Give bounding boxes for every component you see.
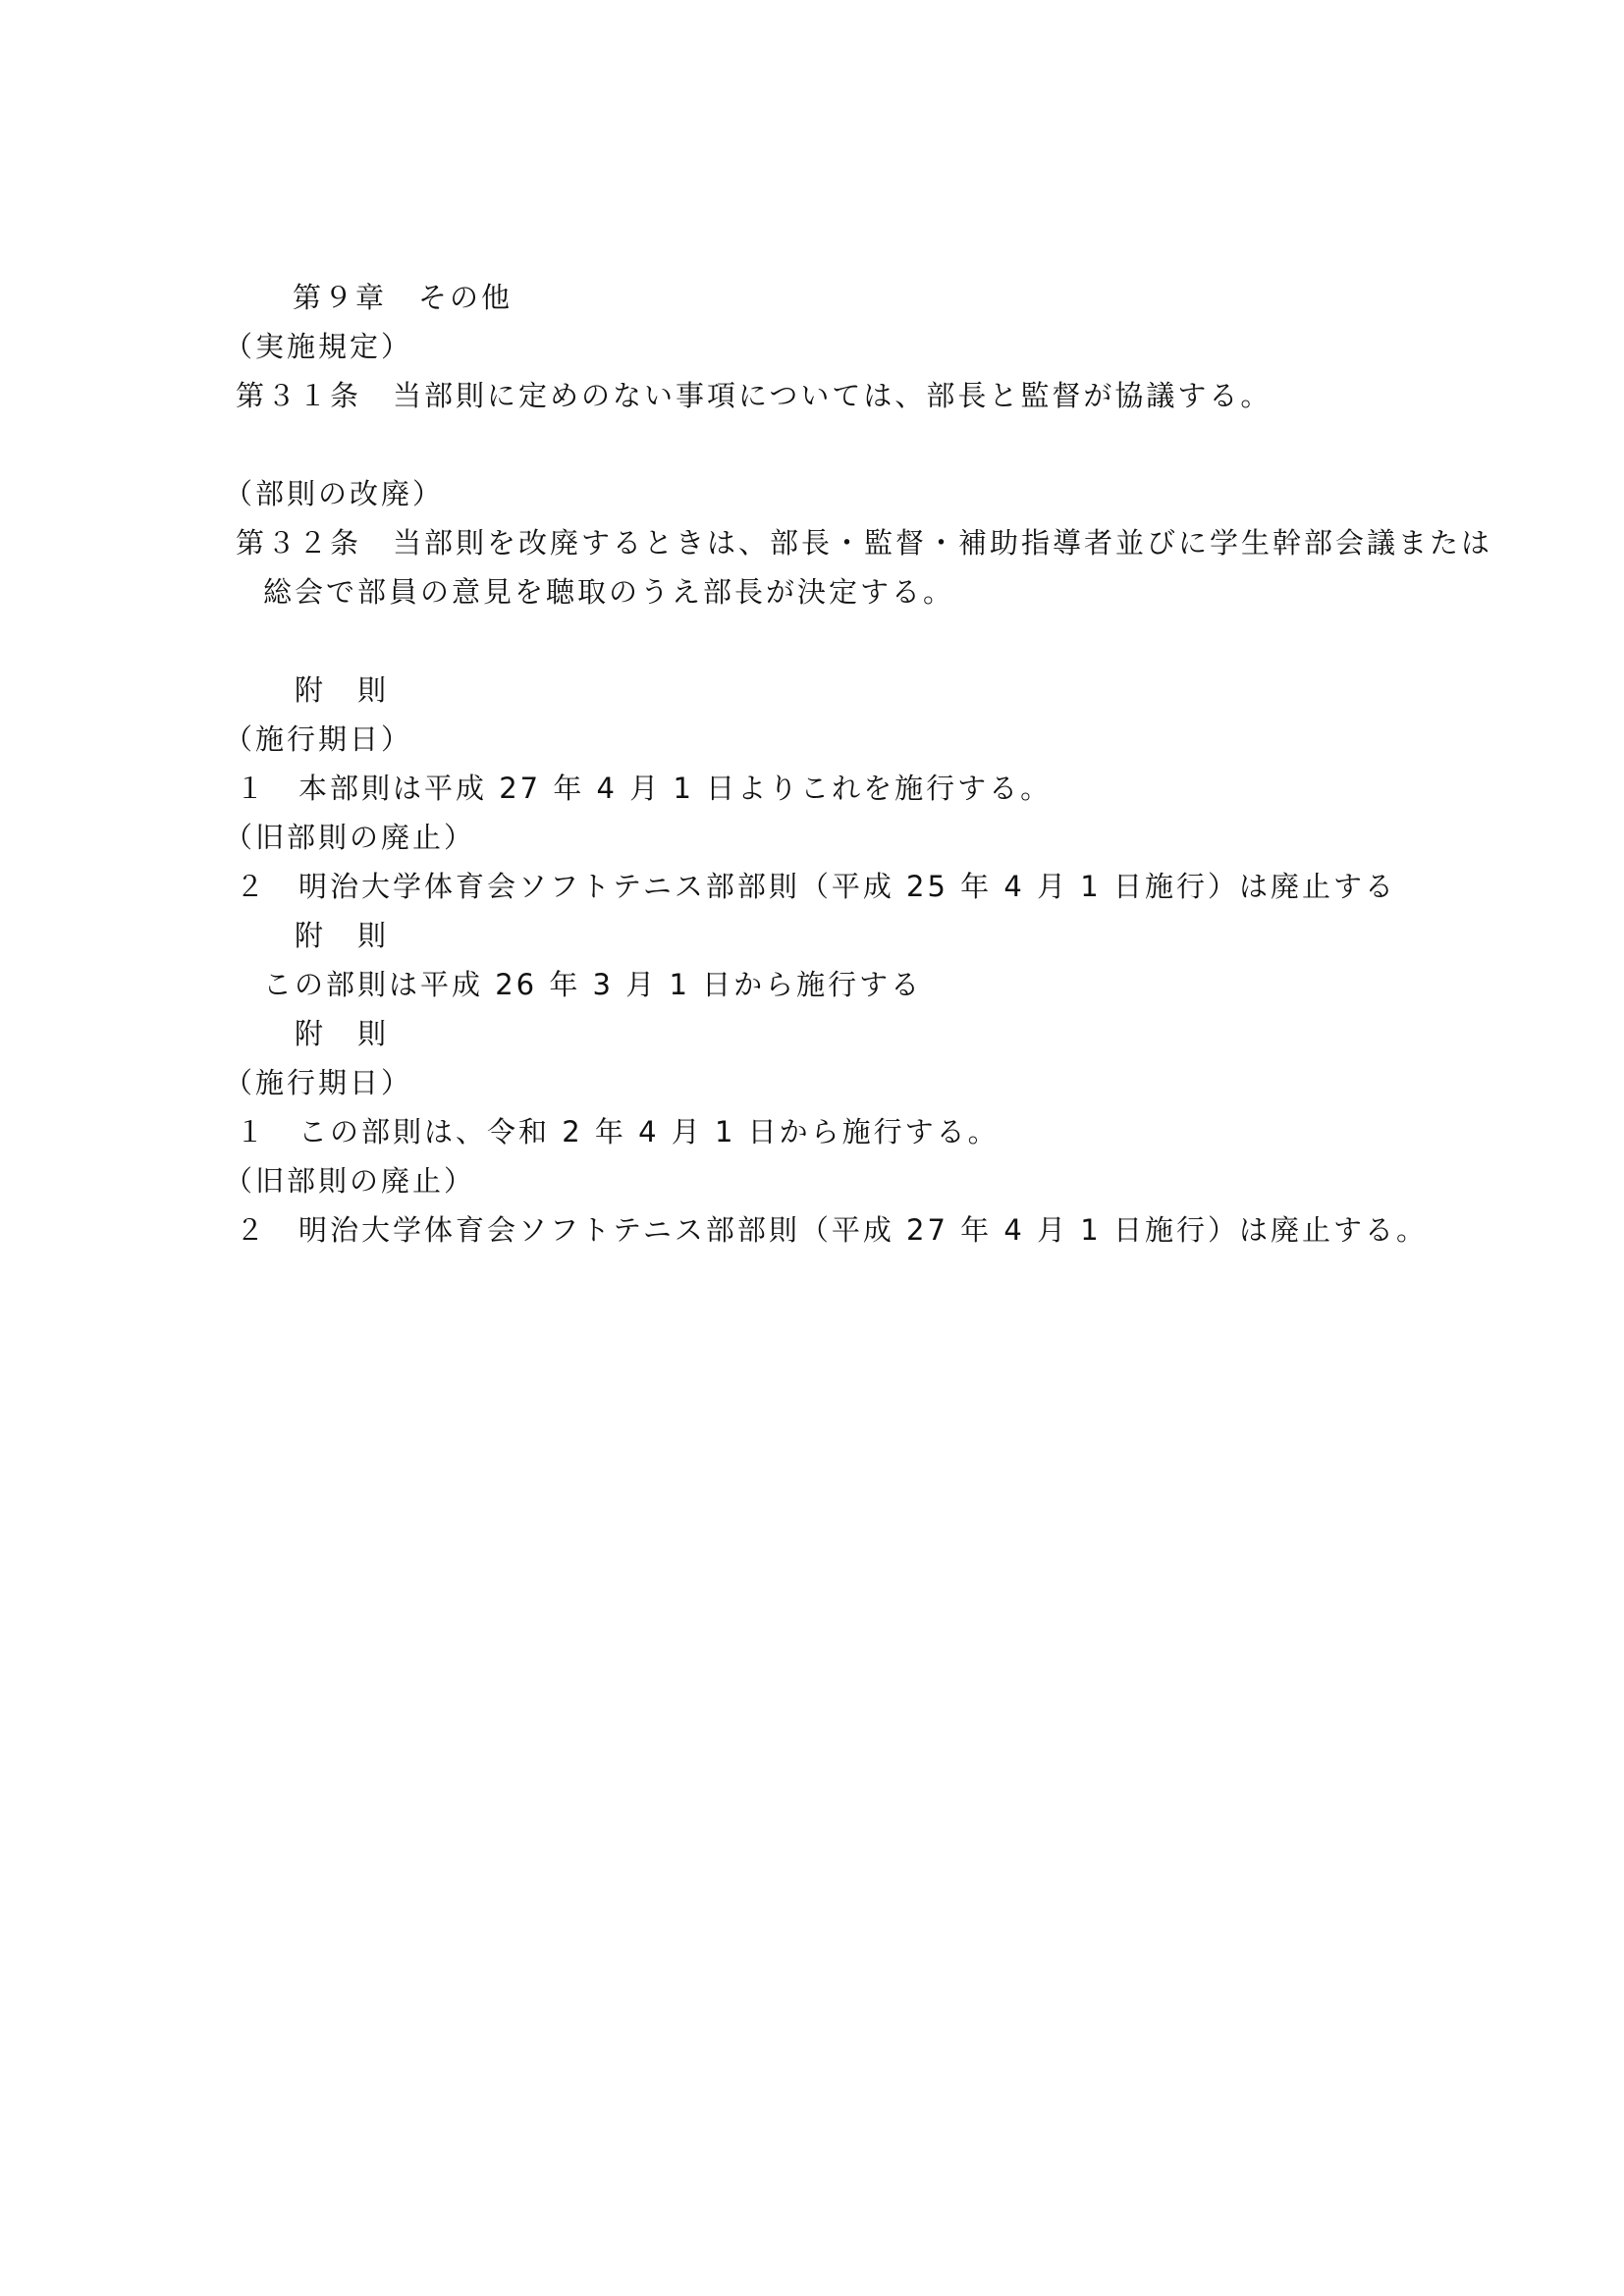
supplementary-caption: （施行期日）: [224, 720, 412, 759]
article-caption: （実施規定）: [224, 327, 412, 366]
article-31: 第３１条 当部則に定めのない事項については、部長と監督が協議する。: [236, 376, 1272, 415]
supplementary-text: この部則は平成 26 年 3 月 1 日から施行する: [263, 965, 922, 1004]
supplementary-heading: 附 則: [295, 916, 389, 955]
supplementary-item: １ 本部則は平成 27 年 4 月 1 日よりこれを施行する。: [236, 769, 1052, 808]
document-page: 第９章 その他 （実施規定） 第３１条 当部則に定めのない事項については、部長と…: [0, 0, 1624, 2296]
supplementary-caption: （施行期日）: [224, 1063, 412, 1102]
article-32-continuation: 総会で部員の意見を聴取のうえ部長が決定する。: [263, 572, 954, 612]
supplementary-heading: 附 則: [295, 1014, 389, 1053]
article-32: 第３２条 当部則を改廃するときは、部長・監督・補助指導者並びに学生幹部会議または: [236, 523, 1492, 562]
supplementary-heading: 附 則: [295, 670, 389, 710]
supplementary-caption: （旧部則の廃止）: [224, 818, 475, 857]
supplementary-item: ２ 明治大学体育会ソフトテニス部部則（平成 25 年 4 月 1 日施行）は廃止…: [236, 867, 1396, 906]
article-caption: （部則の改廃）: [224, 474, 444, 513]
supplementary-item: ２ 明治大学体育会ソフトテニス部部則（平成 27 年 4 月 1 日施行）は廃止…: [236, 1210, 1428, 1250]
supplementary-item: １ この部則は、令和 2 年 4 月 1 日から施行する。: [236, 1112, 1000, 1151]
chapter-heading: 第９章 その他: [293, 278, 513, 317]
supplementary-caption: （旧部則の廃止）: [224, 1161, 475, 1201]
